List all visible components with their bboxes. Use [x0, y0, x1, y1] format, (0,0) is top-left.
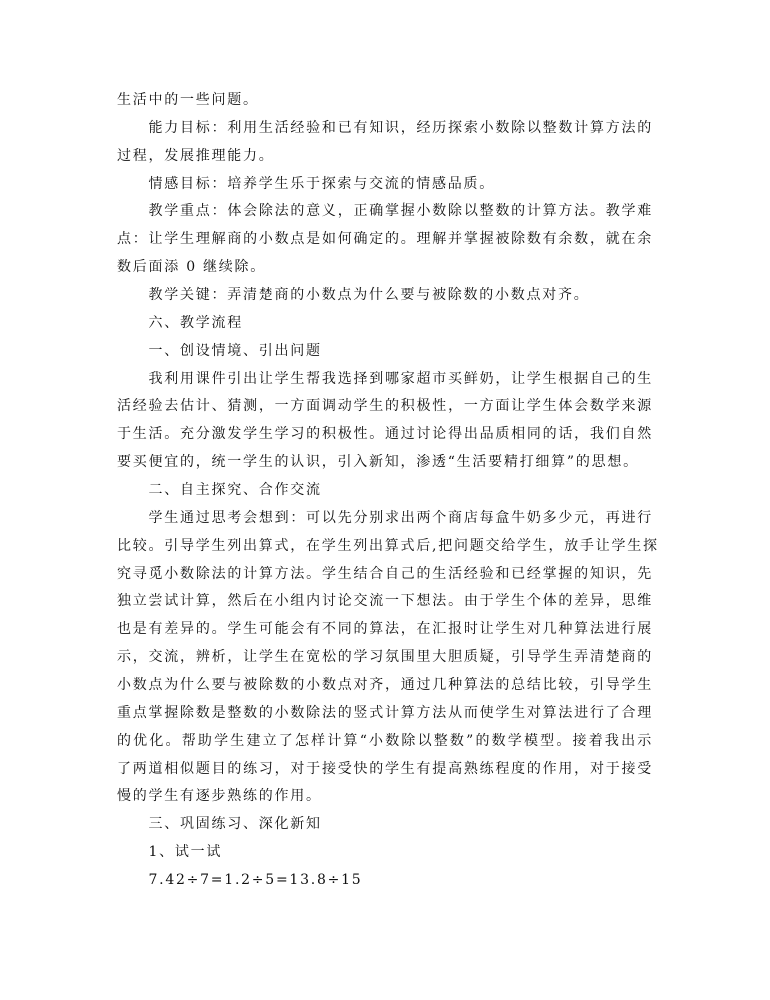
text-line: 小数点为什么要与被除数的小数点对齐，通过几种算法的总结比较，引导学生 [117, 672, 653, 700]
section-heading-create-situation: 一、创设情境、引出问题 [117, 338, 653, 366]
paragraph-ability-goal: 能力目标：利用生活经验和已有知识，经历探索小数除以整数计算方法的 过程，发展推理… [117, 115, 653, 171]
heading-text: 1、试一试 [117, 839, 653, 867]
text-line: 慢的学生有逐步熟练的作用。 [117, 783, 653, 811]
paragraph-emotion-goal: 情感目标：培养学生乐于探索与交流的情感品质。 [117, 171, 653, 199]
text-line: 于生活。充分激发学生学习的积极性。通过讨论得出品质相同的话，我们自然 [117, 421, 653, 449]
text-line: 比较。引导学生列出算式，在学生列出算式后,把问题交给学生，放手让学生探 [117, 533, 653, 561]
text-line: 数后面添 0 继续除。 [117, 254, 653, 282]
text-line: 学生通过思考会想到：可以先分别求出两个商店每盒牛奶多少元，再进行 [117, 505, 653, 533]
paragraph-teaching-focus: 教学重点：体会除法的意义，正确掌握小数除以整数的计算方法。教学难 点：让学生理解… [117, 198, 653, 282]
section-heading-self-exploration: 二、自主探究、合作交流 [117, 477, 653, 505]
heading-text: 二、自主探究、合作交流 [117, 477, 653, 505]
section-heading-consolidation: 三、巩固练习、深化新知 [117, 811, 653, 839]
paragraph: 生活中的一些问题。 [117, 87, 653, 115]
subsection-heading-try-it: 1、试一试 [117, 839, 653, 867]
section-heading-teaching-process: 六、教学流程 [117, 310, 653, 338]
text-line: 重点掌握除数是整数的小数除法的竖式计算方法从而使学生对算法进行了合理 [117, 700, 653, 728]
heading-text: 一、创设情境、引出问题 [117, 338, 653, 366]
text-line: 教学关键：弄清楚商的小数点为什么要与被除数的小数点对齐。 [117, 282, 653, 310]
text-line: 要买便宜的，统一学生的认识，引入新知，渗透“生活要精打细算”的思想。 [117, 449, 653, 477]
text-line: 究寻觅小数除法的计算方法。学生结合自己的生活经验和已经掌握的知识，先 [117, 561, 653, 589]
text-line: 教学重点：体会除法的意义，正确掌握小数除以整数的计算方法。教学难 [117, 198, 653, 226]
text-line: 过程，发展推理能力。 [117, 143, 653, 171]
paragraph-situation-description: 我利用课件引出让学生帮我选择到哪家超市买鲜奶，让学生根据自己的生 活经验去估计、… [117, 366, 653, 477]
document-body: 生活中的一些问题。 能力目标：利用生活经验和已有知识，经历探索小数除以整数计算方… [117, 87, 653, 895]
text-line: 能力目标：利用生活经验和已有知识，经历探索小数除以整数计算方法的 [117, 115, 653, 143]
text-line: 示，交流，辨析，让学生在宽松的学习氛围里大胆质疑，引导学生弄清楚商的 [117, 644, 653, 672]
paragraph-teaching-key: 教学关键：弄清楚商的小数点为什么要与被除数的小数点对齐。 [117, 282, 653, 310]
text-line: 的优化。帮助学生建立了怎样计算“小数除以整数”的数学模型。接着我出示 [117, 728, 653, 756]
text-line: 独立尝试计算，然后在小组内讨论交流一下想法。由于学生个体的差异，思维 [117, 588, 653, 616]
text-line: 我利用课件引出让学生帮我选择到哪家超市买鲜奶，让学生根据自己的生 [117, 366, 653, 394]
paragraph-exploration-description: 学生通过思考会想到：可以先分别求出两个商店每盒牛奶多少元，再进行 比较。引导学生… [117, 505, 653, 811]
equation-line: 7.42÷7=1.2÷5=13.8÷15 [117, 867, 653, 895]
heading-text: 三、巩固练习、深化新知 [117, 811, 653, 839]
text-line: 也是有差异的。学生可能会有不同的算法，在汇报时让学生对几种算法进行展 [117, 616, 653, 644]
text-line: 了两道相似题目的练习，对于接受快的学生有提高熟练程度的作用，对于接受 [117, 756, 653, 784]
text-line: 生活中的一些问题。 [117, 87, 653, 115]
text-line: 活经验去估计、猜测，一方面调动学生的积极性，一方面让学生体会数学来源 [117, 393, 653, 421]
text-line: 情感目标：培养学生乐于探索与交流的情感品质。 [117, 171, 653, 199]
paragraph-exercise-equations: 7.42÷7=1.2÷5=13.8÷15 [117, 867, 653, 895]
heading-text: 六、教学流程 [117, 310, 653, 338]
document-page: 生活中的一些问题。 能力目标：利用生活经验和已有知识，经历探索小数除以整数计算方… [0, 0, 770, 1000]
text-line: 点：让学生理解商的小数点是如何确定的。理解并掌握被除数有余数，就在余 [117, 226, 653, 254]
